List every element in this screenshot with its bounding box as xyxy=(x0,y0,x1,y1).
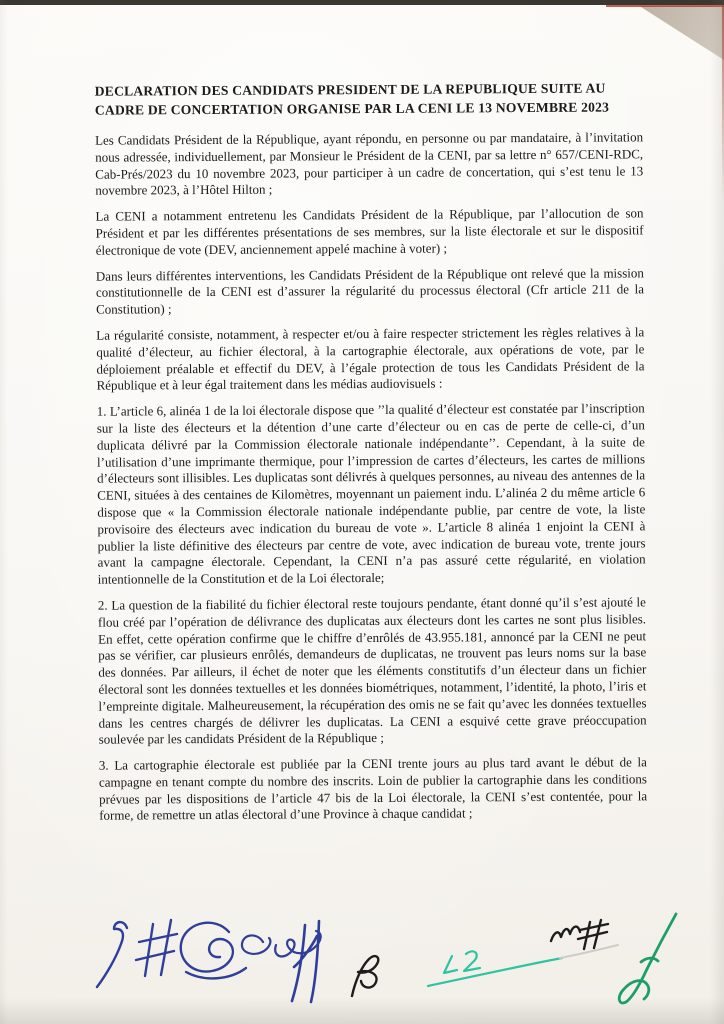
signature-black-m-mark xyxy=(551,920,608,949)
scan-right-shadow xyxy=(710,0,724,1024)
document-body: DECLARATION DES CANDIDATS PRESIDENT DE L… xyxy=(95,78,648,834)
signature-blue-b-loop xyxy=(181,923,246,979)
paragraph-intro: Les Candidats Président de la République… xyxy=(95,129,643,200)
signature-blue-scribble xyxy=(242,931,321,956)
signatures-block xyxy=(0,900,724,1024)
paragraph-ceni-briefing: La CENI a notamment entretenu les Candid… xyxy=(95,206,643,260)
corner-fold-line-top xyxy=(606,5,724,7)
signature-blue-j xyxy=(97,922,127,987)
paragraph-point-2: 2. La question de la fiabilité du fichie… xyxy=(98,594,647,749)
paragraph-regularite: La régularité consiste, notamment, à res… xyxy=(96,324,644,395)
document-title: DECLARATION DES CANDIDATS PRESIDENT DE L… xyxy=(95,78,643,119)
signature-green-f xyxy=(619,914,676,1003)
scan-left-shadow xyxy=(0,0,8,1024)
paragraph-interventions: Dans leurs différentes interventions, le… xyxy=(96,265,644,319)
signature-teal-strike xyxy=(428,951,562,986)
scanned-document-page: DECLARATION DES CANDIDATS PRESIDENT DE L… xyxy=(0,0,724,1024)
paragraph-point-1: 1. L’article 6, alinéa 1 de la loi élect… xyxy=(97,400,646,588)
signature-blue-hash xyxy=(136,920,177,976)
signature-faint-strike xyxy=(560,945,618,958)
signature-blue-strokes xyxy=(292,921,319,1002)
paragraph-point-3: 3. La cartographie électorale est publié… xyxy=(99,754,647,825)
signature-black-r xyxy=(352,956,378,996)
